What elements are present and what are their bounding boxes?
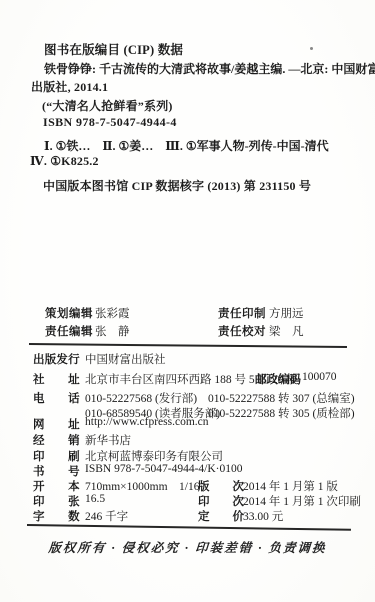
field-label: 字 数 xyxy=(33,508,80,524)
cip-record-number: 中国版本图书馆 CIP 数据核字 (2013) 第 231150 号 xyxy=(43,177,311,194)
horizontal-rule-bottom xyxy=(27,524,351,531)
phone-distribution: 010-52227568 (发行部) xyxy=(85,390,197,406)
field-label: 书 号 xyxy=(33,463,80,479)
cip-isbn: ISBN 978-7-5047-4944-4 xyxy=(43,115,177,130)
editors-row-2: 责任编辑 张 静 责任校对 梁 凡 xyxy=(0,323,375,338)
phone-chief-editor-office: 010-52227588 转 307 (总编室) xyxy=(208,390,355,406)
sheets-value: 16.5 xyxy=(85,493,105,505)
responsible-editor-name: 张 静 xyxy=(95,323,130,339)
field-value: 新华书店 xyxy=(85,432,131,448)
pub-row-website: 网 址 http://www.cfpress.com.cn xyxy=(0,416,375,431)
cip-classification-line-1: Ⅰ. ①铁… Ⅱ. ①姜… Ⅲ. ①军事人物-列传-中国-清代 xyxy=(44,137,329,154)
editors-row-1: 策划编辑 张彩霞 责任印制 方朋远 xyxy=(0,305,375,320)
cip-title-line-1: 铁骨铮铮: 千古流传的大清武将故事/姜越主编. —北京: 中国财富 xyxy=(44,60,375,77)
edition-value: 2014 年 1 月第 1 版 xyxy=(243,478,338,494)
pub-row-sheets-printing: 印 张 16.5 印 次 2014 年 1 月第 1 次印刷 xyxy=(0,493,375,508)
field-label: 印 张 xyxy=(33,493,80,509)
price-label: 定 价 xyxy=(198,508,244,524)
print-supervisor-name: 方朋远 xyxy=(269,305,304,321)
postcode-value: 100070 xyxy=(302,371,337,383)
cip-header: 图书在版编目 (CIP) 数据 xyxy=(44,40,183,58)
field-label: 社 址 xyxy=(33,371,80,387)
printing-label: 印 次 xyxy=(198,493,244,509)
printing-value: 2014 年 1 月第 1 次印刷 xyxy=(243,493,361,509)
pub-row-distributor: 经 销 新华书店 xyxy=(0,432,375,447)
scan-artifact-dot xyxy=(310,47,313,50)
website-url: http://www.cfpress.com.cn xyxy=(85,416,209,428)
pub-row-format-edition: 开 本 710mm×1000mm 1/16 版 次 2014 年 1 月第 1 … xyxy=(0,478,375,493)
field-label: 印 刷 xyxy=(33,448,80,464)
planning-editor-name: 张彩霞 xyxy=(95,305,130,321)
field-value: 北京柯蓝博泰印务有限公司 xyxy=(85,448,223,464)
edition-label: 版 次 xyxy=(198,478,244,494)
field-label: 开 本 xyxy=(33,478,80,494)
field-label: 出版发行 xyxy=(33,351,80,367)
field-label: 网 址 xyxy=(33,416,80,432)
proofreader-label: 责任校对 xyxy=(218,323,266,339)
cip-series: (“大清名人抢鲜看”系列) xyxy=(42,97,173,114)
isbn-full: ISBN 978-7-5047-4944-4/K·0100 xyxy=(85,463,242,475)
postcode-label: 邮政编码 xyxy=(255,371,301,387)
horizontal-rule-top xyxy=(29,343,347,348)
field-label: 电 话 xyxy=(33,390,80,406)
pub-row-publisher: 出版发行 中国财富出版社 xyxy=(0,351,375,366)
pub-row-printer: 印 刷 北京柯蓝博泰印务有限公司 xyxy=(0,448,375,463)
cip-title-line-2: 出版社, 2014.1 xyxy=(31,78,108,95)
format-value: 710mm×1000mm 1/16 xyxy=(85,478,199,494)
proofreader-name: 梁 凡 xyxy=(269,323,304,339)
field-value: 中国财富出版社 xyxy=(85,351,166,367)
cip-classification-line-2: Ⅳ. ①K825.2 xyxy=(30,154,99,169)
wordcount-value: 246 千字 xyxy=(85,508,128,524)
planning-editor-label: 策划编辑 xyxy=(45,305,93,321)
pub-row-phone-1: 电 话 010-52227568 (发行部) 010-52227588 转 30… xyxy=(0,390,375,405)
field-label: 经 销 xyxy=(33,432,80,448)
responsible-editor-label: 责任编辑 xyxy=(45,323,93,339)
copyright-notice: 版权所有 · 侵权必究 · 印装差错 · 负责调换 xyxy=(0,538,375,556)
book-copyright-page: 图书在版编目 (CIP) 数据 铁骨铮铮: 千古流传的大清武将故事/姜越主编. … xyxy=(0,0,375,602)
pub-row-wordcount-price: 字 数 246 千字 定 价 33.00 元 xyxy=(0,508,375,523)
price-value: 33.00 元 xyxy=(243,508,283,524)
print-supervisor-label: 责任印制 xyxy=(218,305,266,321)
pub-row-address: 社 址 北京市丰台区南四环西路 188 号 5 区 20 楼 邮政编码 1000… xyxy=(0,371,375,386)
pub-row-book-number: 书 号 ISBN 978-7-5047-4944-4/K·0100 xyxy=(0,463,375,478)
